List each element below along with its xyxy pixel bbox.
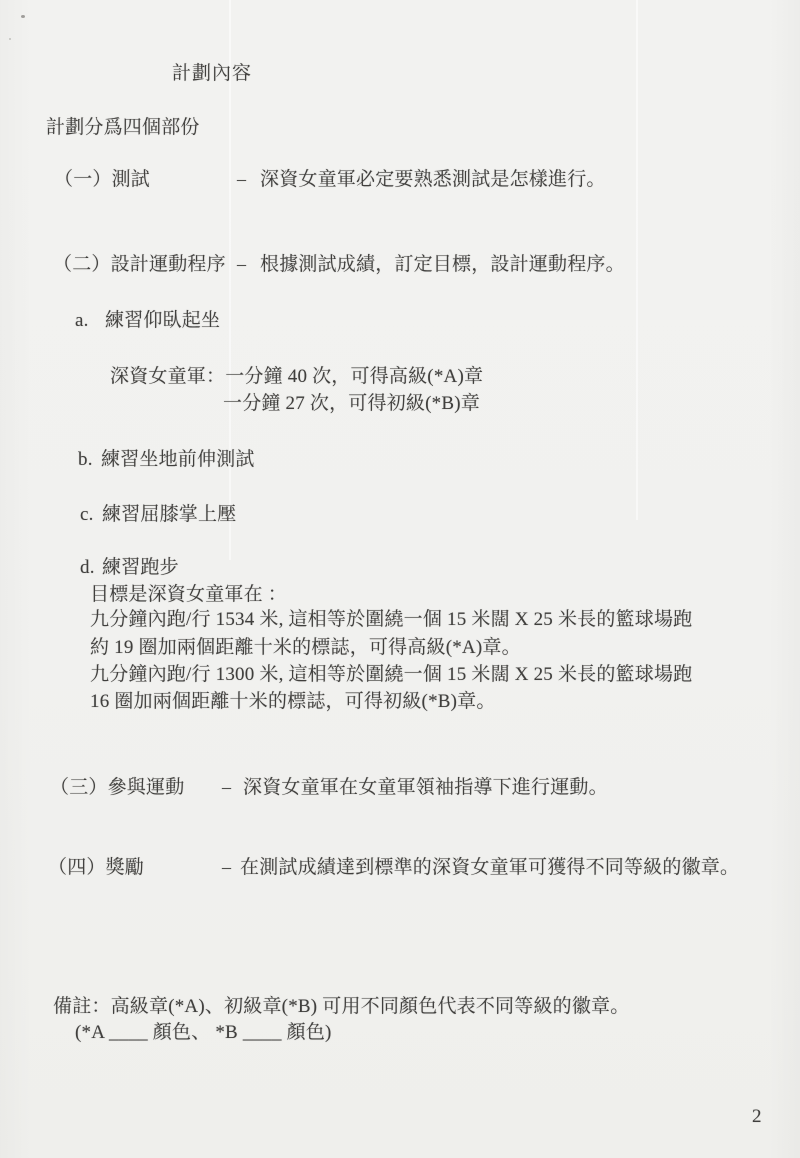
exercise-c-marker: c. bbox=[80, 504, 94, 526]
exercise-b-marker: b. bbox=[78, 449, 93, 471]
remark-line-2: (*A ____ 顏色、 *B ____ 顏色) bbox=[75, 1022, 332, 1044]
scan-speck bbox=[9, 38, 11, 40]
document-page: 計劃內容 計劃分爲四個部份 （一）測試 – 深資女童軍必定要熟悉測試是怎樣進行。… bbox=[0, 0, 800, 1158]
item-3-desc: 深資女童軍在女童軍領袖指導下進行運動。 bbox=[243, 777, 608, 799]
item-1-label: （一）測試 bbox=[54, 169, 150, 191]
scan-speck bbox=[21, 15, 25, 18]
item-2-desc: 根據測試成績，訂定目標，設計運動程序。 bbox=[260, 254, 625, 276]
item-1-desc: 深資女童軍必定要熟悉測試是怎樣進行。 bbox=[260, 169, 606, 191]
running-target-line-5: 16 圈加兩個距離十米的標誌，可得初級(*B)章。 bbox=[90, 691, 496, 713]
exercise-a-marker: a. bbox=[75, 310, 89, 332]
running-target-line-1: 目標是深資女童軍在 ： bbox=[90, 584, 287, 606]
exercise-d-label: 練習跑步 bbox=[102, 557, 179, 579]
page-number: 2 bbox=[752, 1106, 762, 1128]
exercise-c-label: 練習屈膝掌上壓 bbox=[102, 504, 236, 526]
situp-standard-line-1: 深資女童軍：一分鐘 40 次，可得高級(*A)章 bbox=[110, 366, 483, 388]
running-target-line-4: 九分鐘內跑/行 1300 米, 這相等於圍繞一個 15 米闊 X 25 米長的籃… bbox=[90, 664, 692, 686]
exercise-a-label: 練習仰臥起坐 bbox=[105, 310, 220, 332]
intro-line: 計劃分爲四個部份 bbox=[46, 117, 200, 139]
item-4-desc: 在測試成績達到標準的深資女童軍可獲得不同等級的徽章。 bbox=[240, 857, 739, 879]
situp-standard-line-2: 一分鐘 27 次，可得初級(*B)章 bbox=[223, 393, 480, 415]
page-title: 計劃內容 bbox=[172, 63, 252, 85]
exercise-b-label: 練習坐地前伸測試 bbox=[101, 449, 255, 471]
item-3-label: （三）參與運動 bbox=[50, 777, 184, 799]
running-target-line-3: 約 19 圈加兩個距離十米的標誌，可得高級(*A)章。 bbox=[90, 637, 521, 659]
item-4-label: （四）獎勵 bbox=[48, 857, 144, 879]
remark-line-1: 備註：高級章(*A)、初級章(*B) 可用不同顏色代表不同等級的徽章。 bbox=[53, 996, 629, 1018]
item-2-label: （二）設計運動程序 bbox=[53, 254, 226, 276]
item-1-dash: – bbox=[237, 169, 246, 190]
item-3-dash: – bbox=[222, 777, 231, 798]
scan-fold-line bbox=[636, 0, 638, 520]
item-4-dash: – bbox=[222, 857, 231, 878]
item-2-dash: – bbox=[237, 254, 246, 275]
running-target-line-2: 九分鐘內跑/行 1534 米, 這相等於圍繞一個 15 米闊 X 25 米長的籃… bbox=[90, 609, 692, 631]
exercise-d-marker: d. bbox=[80, 557, 95, 579]
